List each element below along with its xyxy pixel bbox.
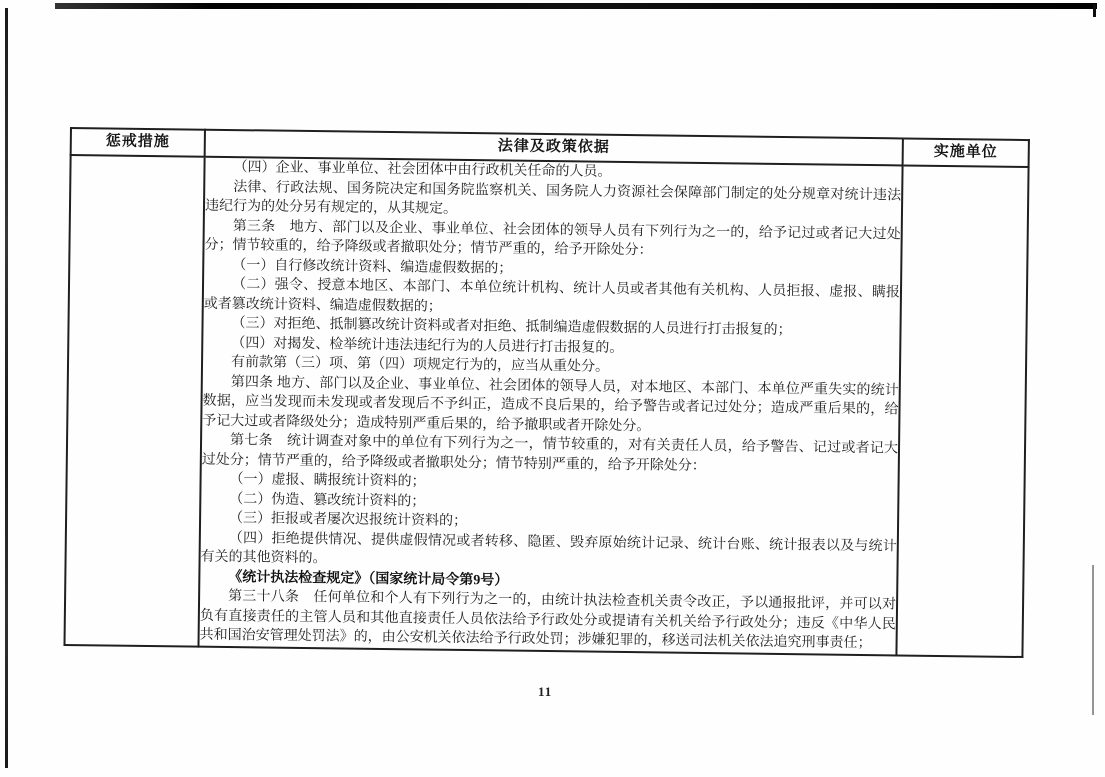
measure-cell-empty [64,155,204,646]
legal-paragraph: 第四条 地方、部门以及企业、事业单位、社会团体的领导人员，对本地区、本部门、本单… [202,372,899,439]
table-body-row: （四）企业、事业单位、社会团体中由行政机关任命的人员。 法律、行政法规、国务院决… [64,155,1028,656]
scan-edge-right-artifact [1092,565,1094,715]
legal-basis-table: 惩戒措施 法律及政策依据 实施单位 （四）企业、事业单位、社会团体中由行政机关任… [63,127,1029,658]
scan-edge-left-artifact [5,8,8,768]
header-cell-disciplinary-measure: 惩戒措施 [71,128,205,157]
page-number: 11 [538,684,552,700]
scan-edge-top-hook-artifact [1093,4,1096,17]
unit-cell-empty [896,165,1028,656]
header-cell-implementing-unit: 实施单位 [903,138,1029,167]
basis-cell: （四）企业、事业单位、社会团体中由行政机关任命的人员。 法律、行政法规、国务院决… [198,157,902,655]
legal-paragraph: 第三十八条 任何单位和个人有下列行为之一的，由统计执法检查机关责令改正，予以通报… [199,587,896,654]
scanned-document-table-region: 惩戒措施 法律及政策依据 实施单位 （四）企业、事业单位、社会团体中由行政机关任… [63,127,1027,657]
scan-edge-top-artifact [55,3,1097,9]
